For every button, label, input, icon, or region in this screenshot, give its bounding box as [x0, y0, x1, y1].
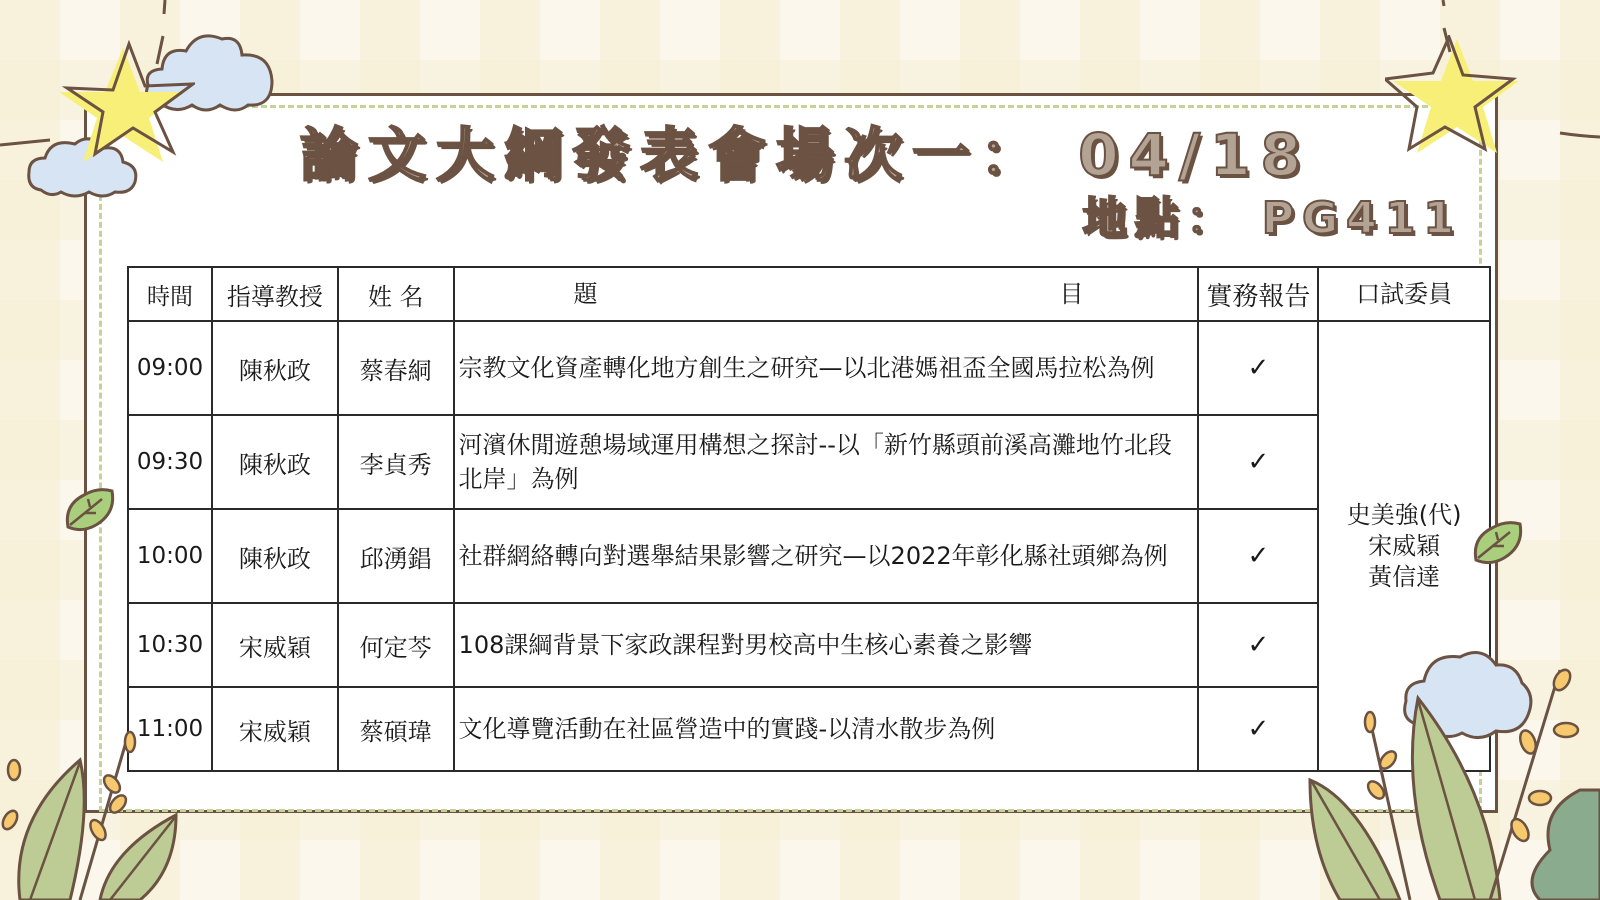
- page-title: 論文大綱發表會場次一： 04/18: [300, 108, 1300, 188]
- cell-time: 10:00: [128, 509, 212, 603]
- table-row: 10:30 宋威穎 何定芩 108課綱背景下家政課程對男校高中生核心素養之影響 …: [128, 603, 1490, 687]
- table-header-row: 時間 指導教授 姓 名 題 目 實務報告 口試委員: [128, 267, 1490, 321]
- table-row: 10:00 陳秋政 邱湧錩 社群網絡轉向對選舉結果影響之研究—以2022年彰化縣…: [128, 509, 1490, 603]
- cell-advisor: 陳秋政: [212, 509, 338, 603]
- cell-topic: 社群網絡轉向對選舉結果影響之研究—以2022年彰化縣社頭鄉為例: [454, 509, 1199, 603]
- col-header-practical-report: 實務報告: [1198, 267, 1318, 321]
- cell-advisor: 宋威穎: [212, 687, 338, 771]
- cell-time: 09:30: [128, 415, 212, 509]
- col-header-topic-left: 題: [574, 277, 598, 311]
- committee-member: 史美強(代): [1323, 500, 1485, 531]
- cell-advisor: 陳秋政: [212, 415, 338, 509]
- cell-topic: 河濱休閒遊憩場域運用構想之探討--以「新竹縣頭前溪高灘地竹北段北岸」為例: [454, 415, 1199, 509]
- cell-name: 何定芩: [338, 603, 454, 687]
- cell-name: 李貞秀: [338, 415, 454, 509]
- cell-topic: 宗教文化資產轉化地方創生之研究—以北港媽祖盃全國馬拉松為例: [454, 321, 1199, 415]
- table-row: 09:30 陳秋政 李貞秀 河濱休閒遊憩場域運用構想之探討--以「新竹縣頭前溪高…: [128, 415, 1490, 509]
- cell-advisor: 陳秋政: [212, 321, 338, 415]
- col-header-topic: 題 目: [454, 267, 1199, 321]
- cell-name: 蔡碩瑋: [338, 687, 454, 771]
- checkmark-icon: ✓: [1198, 509, 1318, 603]
- committee-member: 黃信達: [1323, 562, 1485, 593]
- checkmark-icon: ✓: [1198, 415, 1318, 509]
- checkmark-icon: ✓: [1198, 687, 1318, 771]
- table-row: 11:00 宋威穎 蔡碩瑋 文化導覽活動在社區營造中的實踐-以清水散步為例 ✓: [128, 687, 1490, 771]
- table-row: 09:00 陳秋政 蔡春絧 宗教文化資產轉化地方創生之研究—以北港媽祖盃全國馬拉…: [128, 321, 1490, 415]
- col-header-name: 姓 名: [338, 267, 454, 321]
- cell-time: 11:00: [128, 687, 212, 771]
- checkmark-icon: ✓: [1198, 321, 1318, 415]
- cell-advisor: 宋威穎: [212, 603, 338, 687]
- col-header-time: 時間: [128, 267, 212, 321]
- col-header-advisor: 指導教授: [212, 267, 338, 321]
- cell-time: 09:00: [128, 321, 212, 415]
- location-label: 地點： PG411: [1082, 182, 1462, 242]
- cell-topic: 108課綱背景下家政課程對男校高中生核心素養之影響: [454, 603, 1199, 687]
- schedule-table: 時間 指導教授 姓 名 題 目 實務報告 口試委員 09:00 陳秋政 蔡春絧 …: [127, 266, 1491, 772]
- checkmark-icon: ✓: [1198, 603, 1318, 687]
- cell-time: 10:30: [128, 603, 212, 687]
- cell-name: 邱湧錩: [338, 509, 454, 603]
- cell-name: 蔡春絧: [338, 321, 454, 415]
- col-header-committee: 口試委員: [1318, 267, 1490, 321]
- cell-committee: 史美強(代) 宋威穎 黃信達: [1318, 321, 1490, 771]
- committee-member: 宋威穎: [1323, 531, 1485, 562]
- col-header-topic-right: 目: [1059, 277, 1083, 311]
- cell-topic: 文化導覽活動在社區營造中的實踐-以清水散步為例: [454, 687, 1199, 771]
